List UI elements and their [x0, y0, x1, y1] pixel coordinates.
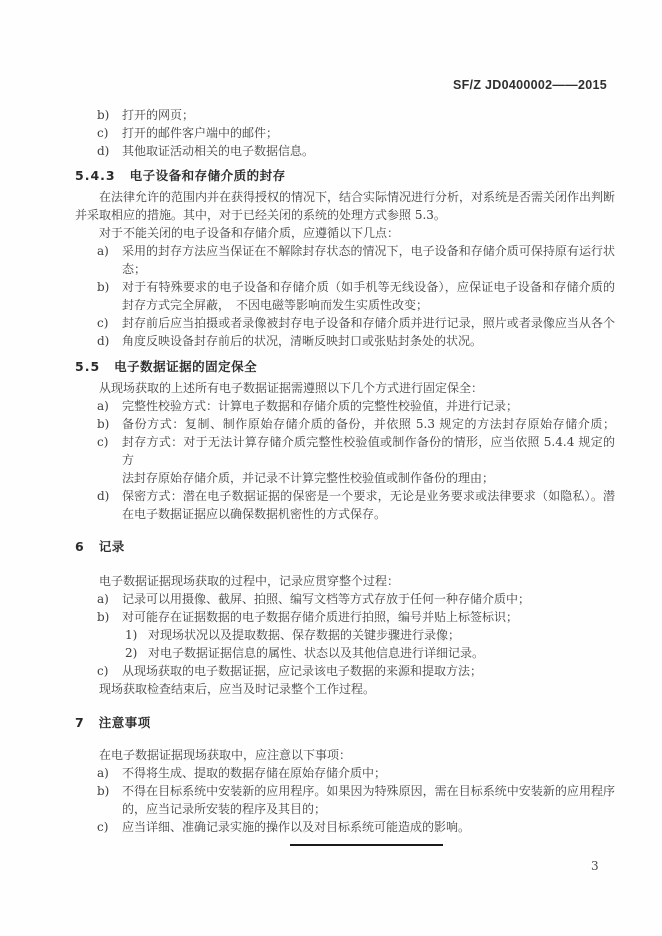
item-line: 在电子数据证据应以确保数据机密性的方式保存。 — [122, 505, 615, 523]
item-line: 采用的封存方法应当保证在不解除封存状态的情况下，电子设备和存储介质可保持原有运行… — [122, 242, 615, 260]
item-line: 完整性校验方式：计算电子数据和存储介质的完整性校验值，并进行记录； — [122, 397, 615, 415]
paragraph: 现场获取检查结束后，应当及时记录整个工作过程。 — [75, 680, 615, 698]
section-heading-5-4-3: 5.4.3电子设备和存储介质的封存 — [75, 167, 615, 184]
list-item: c) 打开的邮件客户端中的邮件； — [75, 124, 615, 142]
paragraph-line: 在法律允许的范围内并在获得授权的情况下，结合实际情况进行分析，对系统是否需关闭作… — [75, 188, 615, 206]
paragraph: 电子数据证据现场获取的过程中，记录应贯穿整个过程： — [75, 572, 615, 590]
paragraph: 在法律允许的范围内并在获得授权的情况下，结合实际情况进行分析，对系统是否需关闭作… — [75, 188, 615, 224]
list-item: c) 封存前后应当拍摄或者录像被封存电子设备和存储介质并进行记录，照片或者录像应… — [75, 314, 615, 332]
list-item: a) 完整性校验方式：计算电子数据和存储介质的完整性校验值，并进行记录； — [75, 397, 615, 415]
sub-list-item: 1) 对现场状况以及提取数据、保存数据的关键步骤进行录像； — [75, 626, 615, 644]
item-line: 保密方式：潜在电子数据证据的保密是一个要求，无论是业务要求或法律要求（如隐私）。… — [122, 487, 615, 505]
item-label: 2) — [125, 644, 137, 662]
item-label: b) — [97, 782, 109, 800]
item-line: 的，应当记录所安装的程序及其目的； — [122, 800, 615, 818]
list-item: a) 采用的封存方法应当保证在不解除封存状态的情况下，电子设备和存储介质可保持原… — [75, 242, 615, 278]
list-item: b) 对于有特殊要求的电子设备和存储介质（如手机等无线设备），应保证电子设备和存… — [75, 278, 615, 314]
section-5-5-list: a) 完整性校验方式：计算电子数据和存储介质的完整性校验值，并进行记录； b) … — [75, 397, 615, 523]
item-line: 法封存原始存储介质，并记录不计算完整性校验值或制作备份的理由； — [122, 469, 615, 487]
list-item: d) 其他取证活动相关的电子数据信息。 — [75, 142, 615, 160]
end-of-document-rule — [290, 844, 443, 846]
page-number: 3 — [591, 859, 599, 873]
item-label: c) — [97, 433, 108, 451]
item-line: 打开的网页； — [122, 106, 615, 124]
item-label: c) — [97, 818, 108, 836]
item-line: 封存方式完全屏蔽， 不因电磁等影响而发生实质性改变； — [122, 296, 615, 314]
item-label: a) — [97, 764, 109, 782]
section-number: 5.4.3 — [75, 168, 116, 183]
item-label: c) — [97, 124, 108, 142]
sub-list-item: 2) 对电子数据证据信息的属性、状态以及其他信息进行详细记录。 — [75, 644, 615, 662]
item-line: 对可能存在证据数据的电子数据存储介质进行拍照，编号并贴上标签标识； — [122, 608, 615, 626]
item-label: b) — [97, 106, 109, 124]
item-line: 应当详细、准确记录实施的操作以及对目标系统可能造成的影响。 — [122, 818, 615, 836]
section-6-list: a) 记录可以用摄像、截屏、拍照、编写文档等方式存放于任何一种存储介质中； b)… — [75, 590, 615, 680]
section-number: 6 — [75, 539, 85, 554]
item-label: c) — [97, 314, 108, 332]
item-line: 不得在目标系统中安装新的应用程序。如果因为特殊原因，需在目标系统中安装新的应用程… — [122, 782, 615, 800]
list-item: a) 记录可以用摄像、截屏、拍照、编写文档等方式存放于任何一种存储介质中； — [75, 590, 615, 608]
item-label: b) — [97, 415, 109, 433]
item-label: d) — [97, 487, 109, 505]
paragraph: 在电子数据证据现场获取中，应注意以下事项： — [75, 746, 615, 764]
list-item: c) 应当详细、准确记录实施的操作以及对目标系统可能造成的影响。 — [75, 818, 615, 836]
section-title: 电子数据证据的固定保全 — [114, 359, 257, 374]
item-line: 对于有特殊要求的电子设备和存储介质（如手机等无线设备），应保证电子设备和存储介质… — [122, 278, 615, 296]
list-item: b) 打开的网页； — [75, 106, 615, 124]
list-item: a) 不得将生成、提取的数据存储在原始存储介质中； — [75, 764, 615, 782]
section-title: 注意事项 — [99, 715, 151, 730]
item-label: d) — [97, 142, 109, 160]
item-line: 打开的邮件客户端中的邮件； — [122, 124, 615, 142]
item-label: a) — [97, 590, 109, 608]
section-number: 5.5 — [75, 359, 100, 374]
list-item: c) 封存方式：对于无法计算存储介质完整性校验值或制作备份的情形，应当依照 5.… — [75, 433, 615, 487]
item-label: b) — [97, 278, 109, 296]
item-label: a) — [97, 242, 109, 260]
section-5-4-3-list: a) 采用的封存方法应当保证在不解除封存状态的情况下，电子设备和存储介质可保持原… — [75, 242, 615, 350]
intro-list: b) 打开的网页； c) 打开的邮件客户端中的邮件； d) 其他取证活动相关的电… — [75, 106, 615, 160]
list-item: d) 角度反映设备封存前后的状况，清晰反映封口或张贴封条处的状况。 — [75, 332, 615, 350]
list-item: b) 对可能存在证据数据的电子数据存储介质进行拍照，编号并贴上标签标识； — [75, 608, 615, 626]
section-heading-6: 6记录 — [75, 538, 615, 555]
item-label: d) — [97, 332, 109, 350]
item-label: c) — [97, 662, 108, 680]
paragraph: 从现场获取的上述所有电子数据证据需遵照以下几个方式进行固定保全： — [75, 379, 615, 397]
section-heading-5-5: 5.5电子数据证据的固定保全 — [75, 358, 615, 375]
section-heading-7: 7注意事项 — [75, 714, 615, 731]
list-item: b) 不得在目标系统中安装新的应用程序。如果因为特殊原因，需在目标系统中安装新的… — [75, 782, 615, 818]
section-number: 7 — [75, 715, 85, 730]
item-line: 记录可以用摄像、截屏、拍照、编写文档等方式存放于任何一种存储介质中； — [122, 590, 615, 608]
item-label: a) — [97, 397, 109, 415]
item-line: 封存前后应当拍摄或者录像被封存电子设备和存储介质并进行记录，照片或者录像应当从各… — [122, 314, 615, 332]
item-line: 封存方式：对于无法计算存储介质完整性校验值或制作备份的情形，应当依照 5.4.4… — [122, 433, 615, 469]
list-item: b) 备份方式：复制、制作原始存储介质的备份，并依照 5.3 规定的方法封存原始… — [75, 415, 615, 433]
list-item: d) 保密方式：潜在电子数据证据的保密是一个要求，无论是业务要求或法律要求（如隐… — [75, 487, 615, 523]
item-line: 对电子数据证据信息的属性、状态以及其他信息进行详细记录。 — [148, 644, 615, 662]
item-label: b) — [97, 608, 109, 626]
paragraph-line: 并采取相应的措施。其中，对于已经关闭的系统的处理方式参照 5.3。 — [75, 206, 615, 224]
paragraph: 对于不能关闭的电子设备和存储介质，应遵循以下几点： — [75, 224, 615, 242]
section-7-list: a) 不得将生成、提取的数据存储在原始存储介质中； b) 不得在目标系统中安装新… — [75, 764, 615, 836]
section-title: 电子设备和存储介质的封存 — [130, 168, 286, 183]
document-number-header: SF/Z JD0400002——2015 — [0, 0, 662, 92]
item-label: 1) — [125, 626, 137, 644]
item-line: 态； — [122, 260, 615, 278]
list-item: c) 从现场获取的电子数据证据，应记录该电子数据的来源和提取方法； — [75, 662, 615, 680]
item-line: 其他取证活动相关的电子数据信息。 — [122, 142, 615, 160]
item-line: 从现场获取的电子数据证据，应记录该电子数据的来源和提取方法； — [122, 662, 615, 680]
item-line: 不得将生成、提取的数据存储在原始存储介质中； — [122, 764, 615, 782]
page-content: b) 打开的网页； c) 打开的邮件客户端中的邮件； d) 其他取证活动相关的电… — [0, 106, 662, 846]
item-line: 备份方式：复制、制作原始存储介质的备份，并依照 5.3 规定的方法封存原始存储介… — [122, 415, 615, 433]
item-line: 角度反映设备封存前后的状况，清晰反映封口或张贴封条处的状况。 — [122, 332, 615, 350]
section-title: 记录 — [99, 539, 125, 554]
document-page: SF/Z JD0400002——2015 b) 打开的网页； c) 打开的邮件客… — [0, 0, 662, 936]
item-line: 对现场状况以及提取数据、保存数据的关键步骤进行录像； — [148, 626, 615, 644]
